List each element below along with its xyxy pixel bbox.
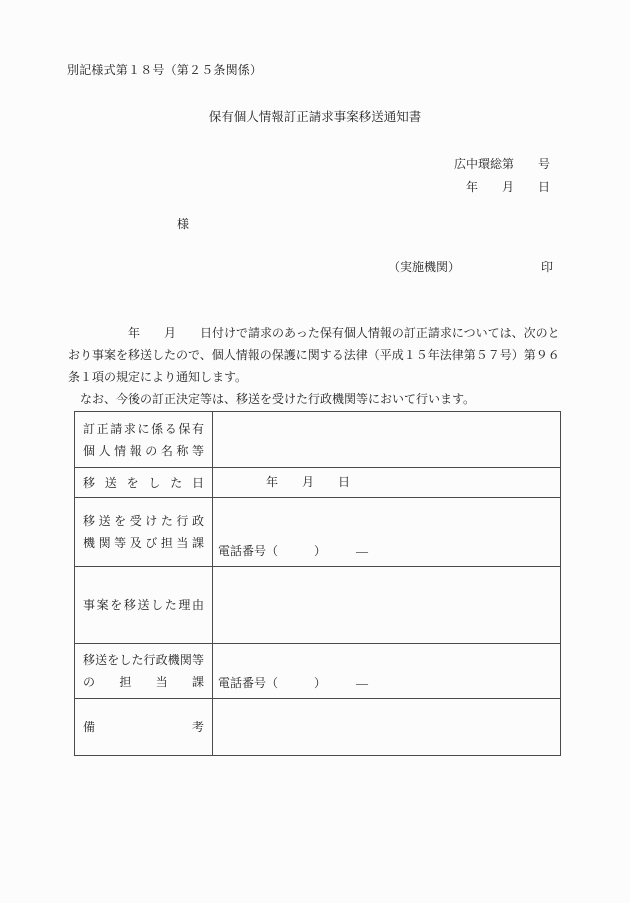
phone-number-text: 電話番号（ ） ―	[218, 544, 368, 559]
issuer-label: （実施機関）	[388, 259, 460, 275]
label-line: 事案を移送した理由	[83, 594, 204, 616]
phone-number-text: 電話番号（ ） ―	[218, 676, 368, 691]
table-label-remarks: 備考	[75, 699, 213, 756]
reference-block: 広中環総第 号 年 月 日	[454, 153, 550, 199]
value-text: 年 月 日	[218, 475, 350, 490]
document-title: 保有個人情報訂正請求事案移送通知書	[0, 109, 630, 125]
table-label-transfer-date: 移送をした日	[75, 468, 213, 498]
issuer-line: （実施機関） 印	[388, 259, 553, 275]
body-line-3: 条１項の規定により通知します。	[68, 366, 568, 388]
table-label-held-info-name: 訂正請求に係る保有 個人情報の名称等	[75, 412, 213, 468]
table-label-transfer-reason: 事案を移送した理由	[75, 567, 213, 644]
label-line: 訂正請求に係る保有	[83, 418, 204, 440]
date-line: 年 月 日	[454, 176, 550, 199]
table-value-transfer-reason	[213, 567, 561, 644]
form-number: 別記様式第１８号（第２５条関係）	[67, 62, 262, 78]
label-line: 個人情報の名称等	[83, 440, 204, 462]
label-line: 移送をした行政機関等	[83, 649, 204, 671]
body-line-1: 年 月 日付けで請求のあった保有個人情報の訂正請求については、次のと	[68, 322, 568, 344]
label-line: 移送をした日	[83, 472, 204, 494]
body-line-4: なお、今後の訂正決定等は、移送を受けた行政機関等において行います。	[68, 388, 568, 410]
table-value-remarks	[213, 699, 561, 756]
body-paragraph: 年 月 日付けで請求のあった保有個人情報の訂正請求については、次のと おり事案を…	[68, 322, 568, 410]
table-label-transferring-agency: 移送をした行政機関等 の担当課	[75, 644, 213, 699]
label-line: の担当課	[83, 671, 204, 693]
seal-mark: 印	[541, 259, 553, 275]
body-line-2: おり事案を移送したので、個人情報の保護に関する法律（平成１５年法律第５７号）第９…	[68, 344, 568, 366]
table-value-transfer-date: 年 月 日	[213, 468, 561, 498]
document-page: 別記様式第１８号（第２５条関係） 保有個人情報訂正請求事案移送通知書 広中環総第…	[0, 0, 630, 903]
transfer-table: 訂正請求に係る保有 個人情報の名称等 移送をした日 年 月 日 移送を受けた行政…	[74, 411, 561, 756]
table-value-held-info-name	[213, 412, 561, 468]
addressee-honorific: 様	[177, 216, 189, 232]
table-label-receiving-agency: 移送を受けた行政 機関等及び担当課	[75, 498, 213, 567]
label-line: 機関等及び担当課	[83, 532, 204, 554]
table-value-transferring-agency-phone: 電話番号（ ） ―	[213, 644, 561, 699]
label-line: 備考	[83, 716, 204, 738]
label-line: 移送を受けた行政	[83, 510, 204, 532]
reference-number-line: 広中環総第 号	[454, 153, 550, 176]
table-value-receiving-agency-phone: 電話番号（ ） ―	[213, 498, 561, 567]
